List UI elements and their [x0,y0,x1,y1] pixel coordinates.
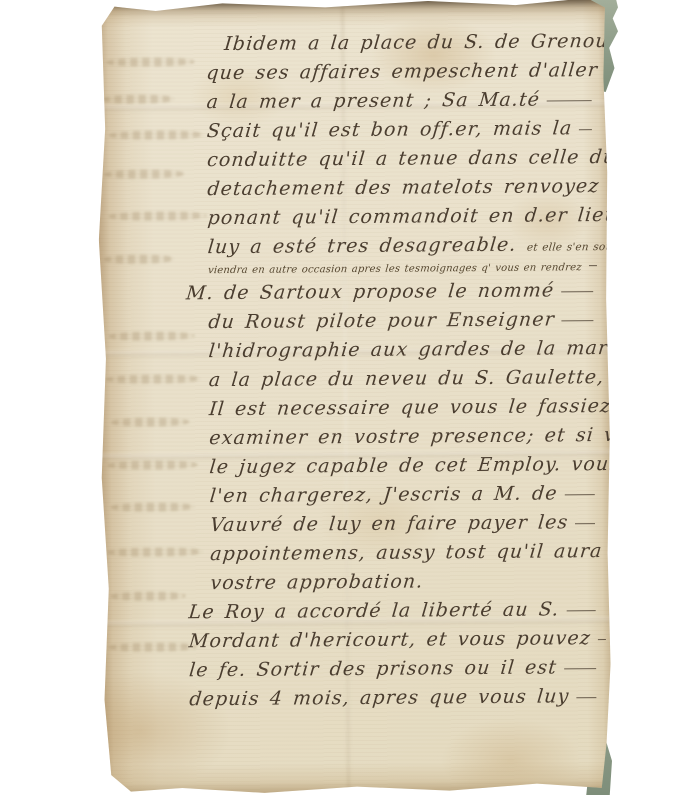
line-text: a la mer a present ; Sa Ma.té [205,86,541,118]
bleedthrough-mark [106,374,201,384]
manuscript-line: l'hidrographie aux gardes de la marine [209,334,594,366]
bleedthrough-mark [109,130,204,140]
line-text: conduitte qu'il a tenue dans celle du [206,143,618,175]
manuscript-line: examiner en vostre presence; et si vous [209,421,594,453]
line-text: Sçait qu'il est bon off.er, mais la [206,114,574,146]
line-text: que ses affaires empeschent d'aller [205,56,599,88]
manuscript-line: le fe. Sortir des prisons ou il est [189,653,596,685]
manuscript-line: le jugez capable de cet Employ. vous [209,450,594,482]
line-text: appointemens, aussy tost qu'il aura [209,537,604,569]
line-text: depuis 4 mois, apres que vous luy [188,682,571,714]
line-text: Mordant d'hericourt, et vous pouvez [188,624,593,656]
line-text: Vauvré de luy en faire payer les [209,508,570,540]
page-edge-top [94,0,608,28]
line-text: Ibidem a la place du S. de Grenouille [223,27,644,59]
bleedthrough-mark [104,169,184,179]
manuscript-line: l'en chargerez, J'escris a M. de [210,479,595,511]
line-text: le jugez capable de cet Employ. vous [208,450,621,482]
bleedthrough-mark [104,254,174,264]
line-text: luy a esté tres desagreable. [206,231,518,262]
manuscript-line: Le Roy a accordé la liberté au S. [189,595,596,627]
manuscript-line: M. de Sartoux propose le nommé [186,276,593,308]
bleedthrough-mark [107,460,197,470]
line-text: ponant qu'il commandoit en d.er lieu, [206,201,626,233]
line-text: l'en chargerez, J'escris a M. de [208,479,559,511]
manuscript-line: ponant qu'il commandoit en d.er lieu, [207,201,592,233]
bleedthrough-mark [109,211,207,221]
line-text: l'hidrographie aux gardes de la marine [207,334,642,366]
manuscript-line: que ses affaires empeschent d'aller [206,56,591,88]
line-text: a la place du neveu du S. Gaulette, [207,363,605,395]
bleedthrough-mark [108,331,194,341]
bleedthrough-mark [106,57,194,67]
manuscript-line: du Roust pilote pour Enseigner [208,305,593,337]
line-text: examiner en vostre presence; et si vous [208,421,654,454]
bleedthrough-mark [111,591,186,601]
manuscript-line: conduitte qu'il a tenue dans celle du [207,143,592,175]
manuscript-line: Sçait qu'il est bon off.er, mais la [207,114,592,146]
bleedthrough-mark [103,94,175,104]
manuscript-line: detachement des matelots renvoyez de [207,172,592,204]
photo-background: Ibidem a la place du S. de Grenouille qu… [0,0,700,800]
manuscript-line: a la mer a present ; Sa Ma.té [207,85,592,117]
manuscript-line: Vauvré de luy en faire payer les [210,508,595,540]
manuscript-line: luy a esté tres desagreable.et elle s'en… [208,230,593,262]
manuscript-page: Ibidem a la place du S. de Grenouille qu… [94,0,614,795]
interlinear-note-start: et elle s'en sou- [525,233,617,263]
manuscript-line: appointemens, aussy tost qu'il aura [210,537,595,569]
handwritten-text-block: Ibidem a la place du S. de Grenouille qu… [206,27,596,714]
manuscript-line: a la place du neveu du S. Gaulette, [209,363,594,395]
bleedthrough-mark [111,502,195,512]
manuscript-line: Ibidem a la place du S. de Grenouille [206,27,591,59]
page-edge-bottom [100,761,614,795]
manuscript-line: Il est necessaire que vous le fassiez [209,392,594,424]
manuscript-line: Mordant d'hericourt, et vous pouvez [189,624,596,656]
line-text: Il est necessaire que vous le fassiez [208,392,613,424]
page-edge-left [94,2,158,795]
line-text: detachement des matelots renvoyez de [206,172,637,204]
line-text: vostre approbation. [209,567,425,598]
manuscript-line: vostre approbation. [210,566,595,598]
bleedthrough-mark [107,547,203,557]
line-text: M. de Sartoux propose le nommé [185,276,556,308]
line-text: Le Roy a accordé la liberté au S. [187,595,560,627]
line-text: du Roust pilote pour Enseigner [207,305,556,337]
line-text: le fe. Sortir des prisons ou il est [188,653,559,685]
bleedthrough-mark [111,417,189,427]
manuscript-line: depuis 4 mois, apres que vous luy [189,682,596,714]
bleedthrough-mark [109,642,197,652]
